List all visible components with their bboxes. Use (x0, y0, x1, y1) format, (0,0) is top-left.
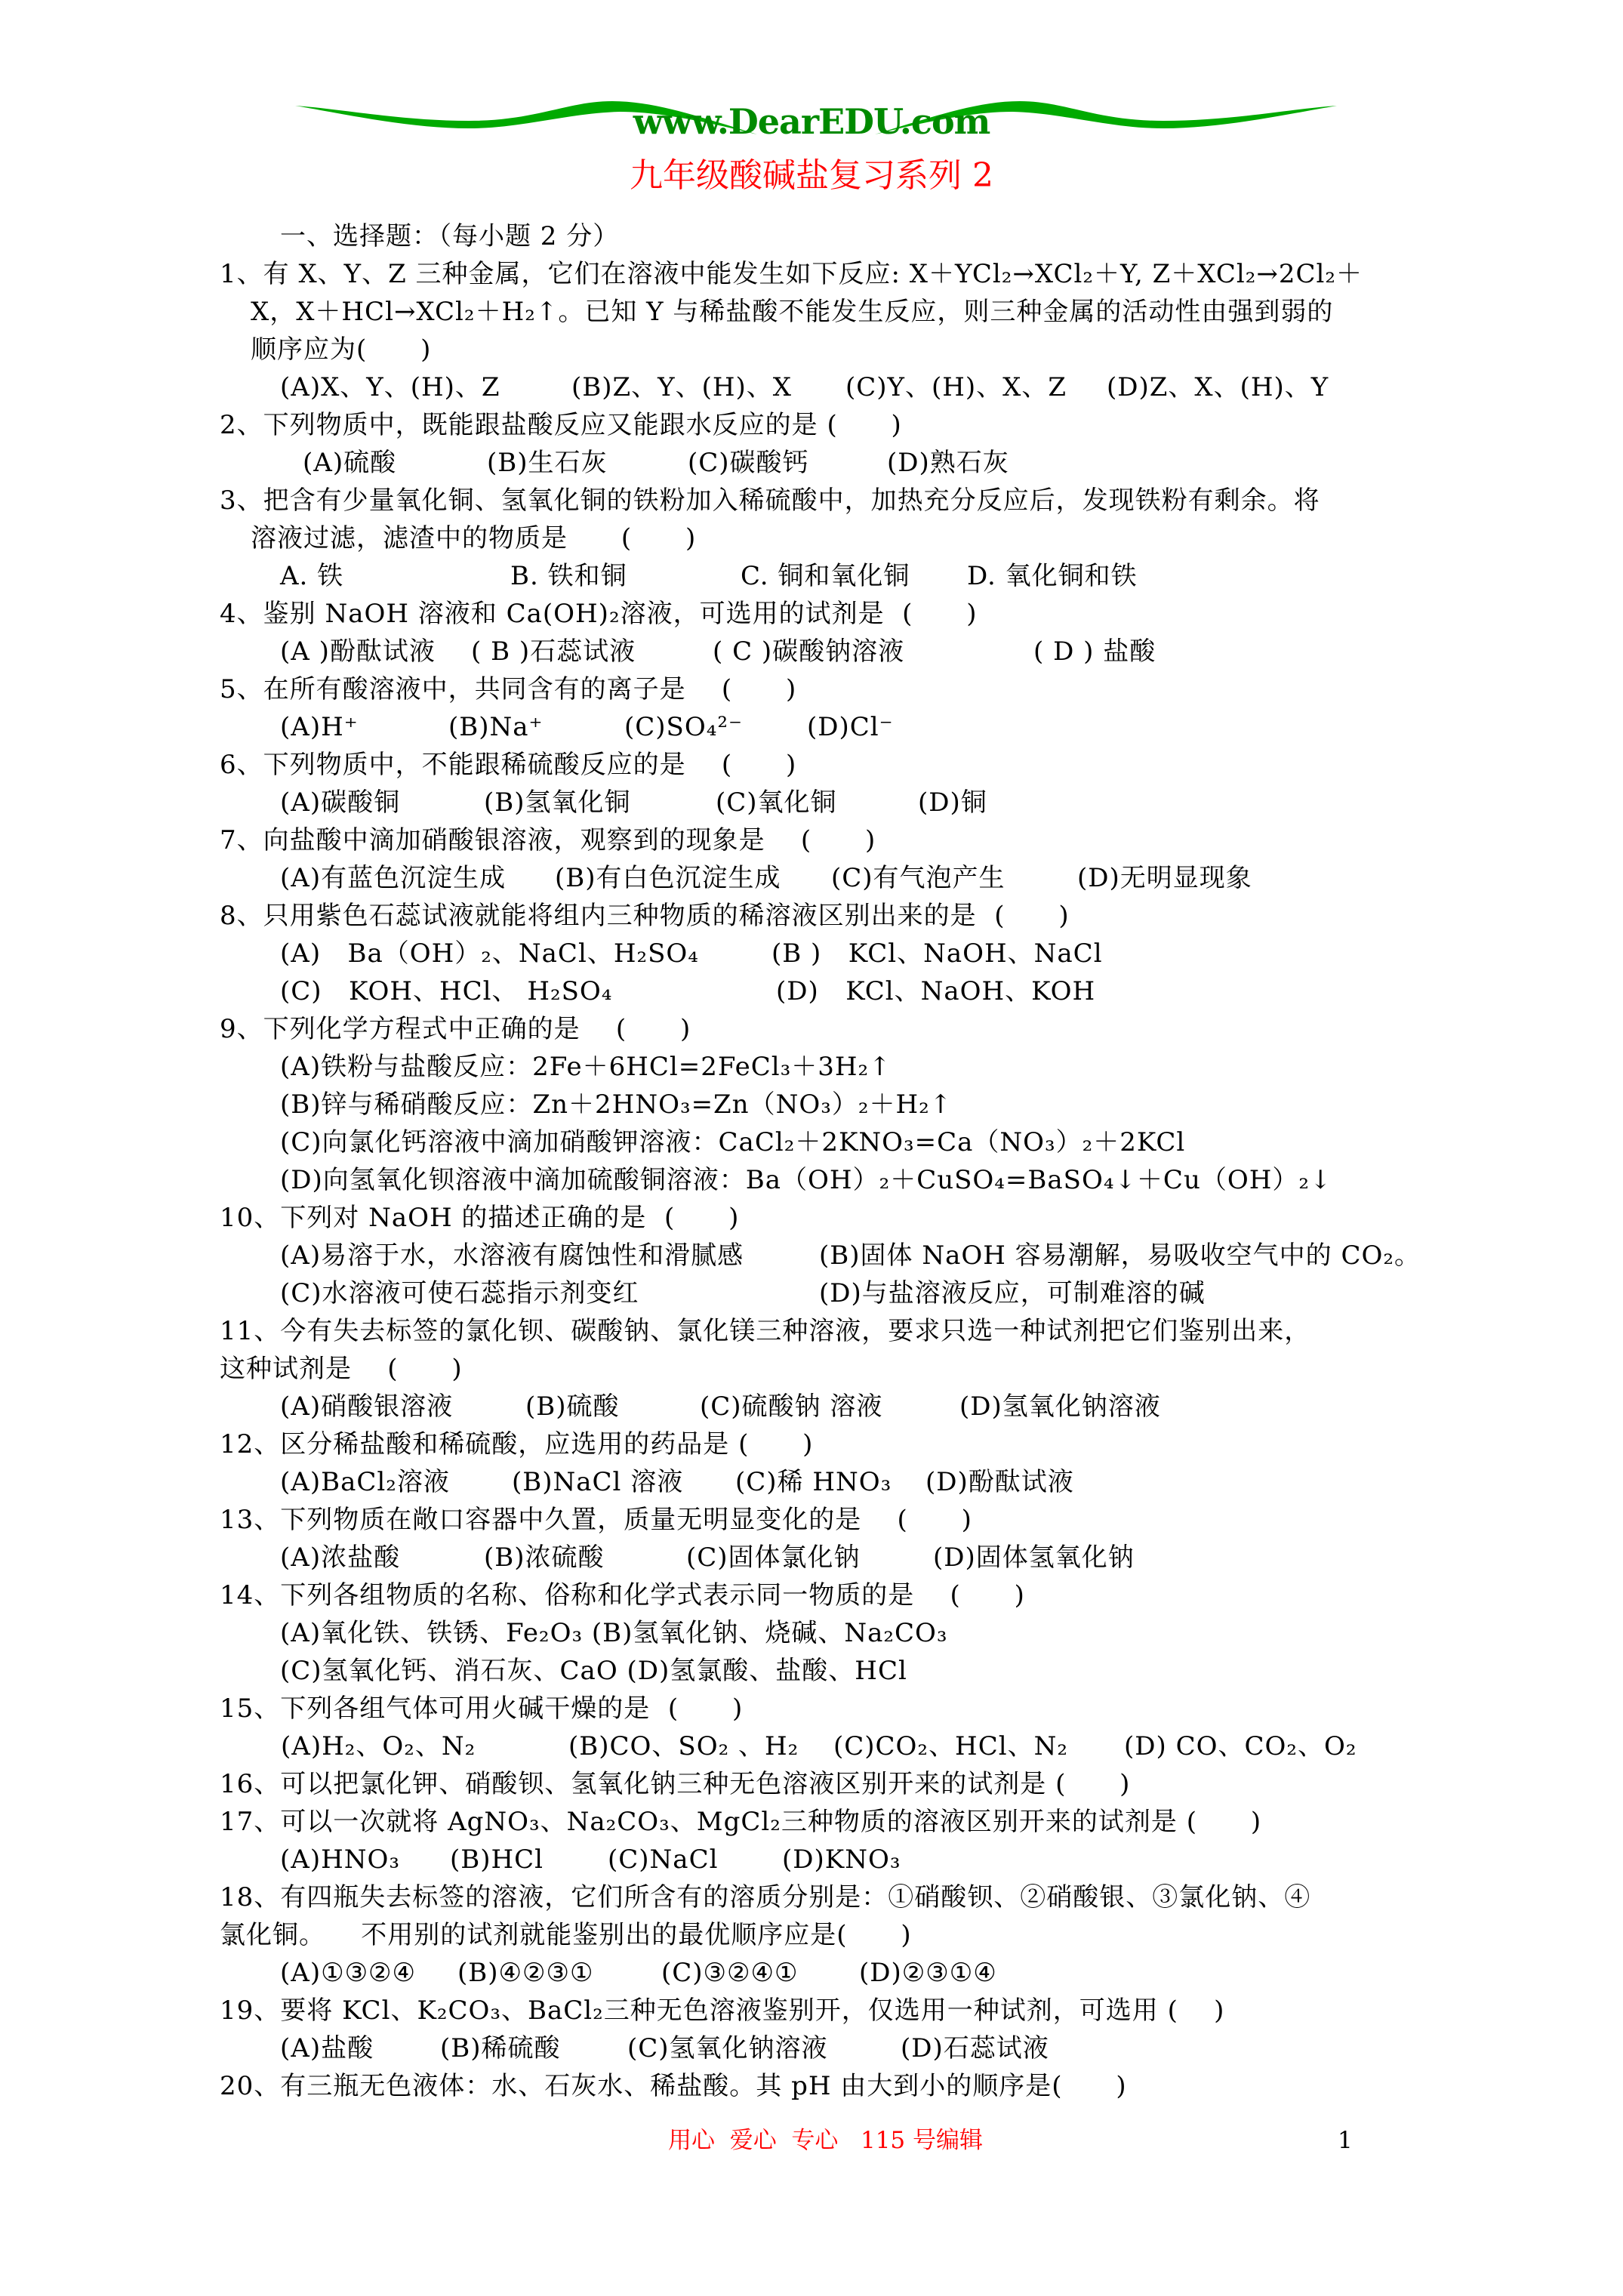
question-17-option-d: (D)KNO₃ (782, 1841, 901, 1878)
question-4-option-c: ( C )碳酸钠溶液 (713, 633, 904, 670)
question-8-option-d: (D) KCl、NaOH、KOH (776, 972, 1095, 1010)
question-15-option-d: (D) CO、CO₂、O₂ (1124, 1727, 1357, 1765)
question-3-option-c: C. 铜和氧化铜 (741, 557, 910, 595)
question-6-option-a: (A)碳酸铜 (280, 784, 400, 821)
question-1-option-d: (D)Z、X、(H)、Y (1107, 368, 1329, 406)
question-14-line-1: 14、下列各组物质的名称、俗称和化学式表示同一物质的是 ( ) (220, 1576, 1025, 1614)
question-3-option-b: B. 铁和铜 (510, 557, 627, 595)
question-2-option-b: (B)生石灰 (487, 444, 608, 482)
question-13-option-b: (B)浓硫酸 (484, 1539, 605, 1576)
question-9-option-b: (B)锌与稀硝酸反应：Zn＋2HNO₃=Zn（NO₃）₂＋H₂↑ (280, 1086, 952, 1123)
question-11-option-b: (B)硫酸 (525, 1388, 620, 1425)
question-11-option-d: (D)氢氧化钠溶液 (959, 1388, 1161, 1425)
question-16-line-1: 16、可以把氯化钾、硝酸钡、氢氧化钠三种无色溶液区别开来的试剂是 ( ) (220, 1765, 1130, 1803)
question-7-option-c: (C)有气泡产生 (831, 859, 1006, 897)
question-11-line-2: 这种试剂是 ( ) (220, 1350, 463, 1388)
question-2-option-c: (C)碳酸钙 (688, 444, 809, 482)
question-15-option-a: (A)H₂、O₂、N₂ (281, 1727, 476, 1765)
question-6-line-1: 6、下列物质中，不能跟稀硫酸反应的是 ( ) (220, 746, 796, 784)
question-5-option-b: (B)Na⁺ (448, 708, 543, 746)
question-19-option-d: (D)石蕊试液 (901, 2029, 1049, 2067)
question-18-option-a: (A)①③②④ (280, 1954, 416, 1992)
question-3-option-d: D. 氧化铜和铁 (967, 557, 1138, 595)
question-14-options-ab: (A)氧化铁、铁锈、Fe₂O₃ (B)氢氧化钠、烧碱、Na₂CO₃ (280, 1614, 948, 1652)
question-4-line-1: 4、鉴别 NaOH 溶液和 Ca(OH)₂溶液，可选用的试剂是 ( ) (220, 595, 978, 633)
question-7-option-d: (D)无明显现象 (1077, 859, 1252, 897)
question-6-option-d: (D)铜 (918, 784, 987, 821)
question-19-line-1: 19、要将 KCl、K₂CO₃、BaCl₂三种无色溶液鉴别开，仅选用一种试剂，可… (220, 1992, 1224, 2029)
question-18-line-2: 氯化铜。 不用别的试剂就能鉴别出的最优顺序应是( ) (220, 1916, 912, 1954)
question-1-line-2: X，X＋HCl→XCl₂＋H₂↑。已知 Y 与稀盐酸不能发生反应，则三种金属的活… (251, 293, 1333, 331)
question-8-line-1: 8、只用紫色石蕊试液就能将组内三种物质的稀溶液区别出来的是 ( ) (220, 897, 1070, 935)
question-5-option-d: (D)Cl⁻ (807, 708, 894, 746)
page-number: 1 (1338, 2123, 1353, 2158)
question-6-option-c: (C)氧化铜 (716, 784, 837, 821)
question-9-option-c: (C)向氯化钙溶液中滴加硝酸钾溶液：CaCl₂＋2KNO₃=Ca（NO₃）₂＋2… (280, 1123, 1185, 1161)
question-12-option-d: (D)酚酞试液 (925, 1463, 1074, 1501)
question-6-option-b: (B)氢氧化铜 (484, 784, 631, 821)
footer-text: 用心 爱心 专心 115 号编辑 (668, 2123, 983, 2158)
question-10-option-d: (D)与盐溶液反应，可制难溶的碱 (819, 1274, 1206, 1312)
question-3-line-1: 3、把含有少量氧化铜、氢氧化铜的铁粉加入稀硫酸中，加热充分反应后，发现铁粉有剩余… (220, 482, 1320, 519)
question-11-line-1: 11、今有失去标签的氯化钡、碳酸钠、氯化镁三种溶液，要求只选一种试剂把它们鉴别出… (220, 1312, 1310, 1350)
question-7-option-b: (B)有白色沉淀生成 (555, 859, 781, 897)
question-19-option-c: (C)氢氧化钠溶液 (627, 2029, 828, 2067)
question-12-option-b: (B)NaCl 溶液 (512, 1463, 683, 1501)
question-11-option-a: (A)硝酸银溶液 (280, 1388, 453, 1425)
question-12-line-1: 12、区分稀盐酸和稀硫酸，应选用的药品是 ( ) (220, 1425, 813, 1463)
question-10-option-c: (C)水溶液可使石蕊指示剂变红 (280, 1274, 639, 1312)
question-14-options-cd: (C)氢氧化钙、消石灰、CaO (D)氢氯酸、盐酸、HCl (280, 1652, 907, 1690)
question-12-option-c: (C)稀 HNO₃ (735, 1463, 892, 1501)
question-18-option-c: (C)③②④① (661, 1954, 798, 1992)
question-19-option-a: (A)盐酸 (280, 2029, 374, 2067)
question-8-option-c: (C) KOH、HCl、 H₂SO₄ (280, 972, 612, 1010)
question-18-option-b: (B)④②③① (457, 1954, 593, 1992)
question-15-option-b: (B)CO、SO₂ 、H₂ (568, 1727, 799, 1765)
question-4-option-b: ( B )石蕊试液 (471, 633, 636, 670)
question-4-option-a: (A )酚酞试液 (280, 633, 436, 670)
question-3-line-2: 溶液过滤，滤渣中的物质是 ( ) (251, 519, 696, 557)
question-1-option-a: (A)X、Y、(H)、Z (280, 368, 500, 406)
question-15-option-c: (C)CO₂、HCl、N₂ (833, 1727, 1068, 1765)
document-page: www.DearEDU.com 九年级酸碱盐复习系列 2 一、选择题：（每小题 … (0, 0, 1623, 2296)
question-11-option-c: (C)硫酸钠 溶液 (700, 1388, 882, 1425)
question-17-option-b: (B)HCl (450, 1841, 544, 1878)
question-17-option-a: (A)HNO₃ (280, 1841, 400, 1878)
question-1-option-c: (C)Y、(H)、X、Z (845, 368, 1067, 406)
question-13-line-1: 13、下列物质在敞口容器中久置，质量无明显变化的是 ( ) (220, 1501, 972, 1539)
question-2-option-d: (D)熟石灰 (887, 444, 1009, 482)
question-3-option-a: A. 铁 (280, 557, 343, 595)
site-banner-text: www.DearEDU.com (608, 100, 1015, 143)
question-18-line-1: 18、有四瓶失去标签的溶液，它们所含有的溶质分别是：①硝酸钡、②硝酸银、③氯化钠… (220, 1878, 1310, 1916)
question-13-option-c: (C)固体氯化钠 (686, 1539, 861, 1576)
question-5-option-a: (A)H⁺ (280, 708, 359, 746)
question-2-option-a: (A)硫酸 (303, 444, 396, 482)
question-1-option-b: (B)Z、Y、(H)、X (571, 368, 792, 406)
question-9-line-1: 9、下列化学方程式中正确的是 ( ) (220, 1010, 691, 1048)
question-10-option-b: (B)固体 NaOH 容易潮解，易吸收空气中的 CO₂。 (819, 1237, 1421, 1274)
question-5-option-c: (C)SO₄²⁻ (624, 708, 743, 746)
question-9-option-a: (A)铁粉与盐酸反应：2Fe＋6HCl=2FeCl₃＋3H₂↑ (280, 1048, 892, 1086)
question-7-line-1: 7、向盐酸中滴加硝酸银溶液，观察到的现象是 ( ) (220, 821, 876, 859)
question-12-option-a: (A)BaCl₂溶液 (280, 1463, 450, 1501)
question-1-line-3: 顺序应为( ) (251, 331, 431, 368)
question-19-option-b: (B)稀硫酸 (440, 2029, 561, 2067)
question-18-option-d: (D)②③①④ (859, 1954, 997, 1992)
question-9-option-d: (D)向氢氧化钡溶液中滴加硫酸铜溶液：Ba（OH）₂＋CuSO₄=BaSO₄↓＋… (280, 1161, 1332, 1199)
page-title: 九年级酸碱盐复习系列 2 (0, 155, 1623, 197)
question-5-line-1: 5、在所有酸溶液中，共同含有的离子是 ( ) (220, 670, 796, 708)
question-17-line-1: 17、可以一次就将 AgNO₃、Na₂CO₃、MgCl₂三种物质的溶液区别开来的… (220, 1803, 1261, 1841)
question-15-line-1: 15、下列各组气体可用火碱干燥的是 ( ) (220, 1690, 743, 1727)
question-2-line-1: 2、下列物质中，既能跟盐酸反应又能跟水反应的是 ( ) (220, 406, 902, 444)
question-1-line-1: 1、有 X、Y、Z 三种金属，它们在溶液中能发生如下反应: X＋YCl₂→XCl… (220, 255, 1363, 293)
section-heading: 一、选择题：（每小题 2 分） (280, 217, 619, 255)
question-17-option-c: (C)NaCl (608, 1841, 718, 1878)
question-10-option-a: (A)易溶于水，水溶液有腐蚀性和滑腻感 (280, 1237, 744, 1274)
question-8-option-b: (B ) KCl、NaOH、NaCl (771, 935, 1103, 972)
question-10-line-1: 10、下列对 NaOH 的描述正确的是 ( ) (220, 1199, 739, 1237)
question-13-option-d: (D)固体氢氧化钠 (933, 1539, 1135, 1576)
question-4-option-d: ( D ) 盐酸 (1033, 633, 1156, 670)
question-20-line-1: 20、有三瓶无色液体：水、石灰水、稀盐酸。其 pH 由大到小的顺序是( ) (220, 2067, 1127, 2105)
question-7-option-a: (A)有蓝色沉淀生成 (280, 859, 506, 897)
question-8-option-a: (A) Ba（OH）₂、NaCl、H₂SO₄ (280, 935, 699, 972)
question-13-option-a: (A)浓盐酸 (280, 1539, 400, 1576)
